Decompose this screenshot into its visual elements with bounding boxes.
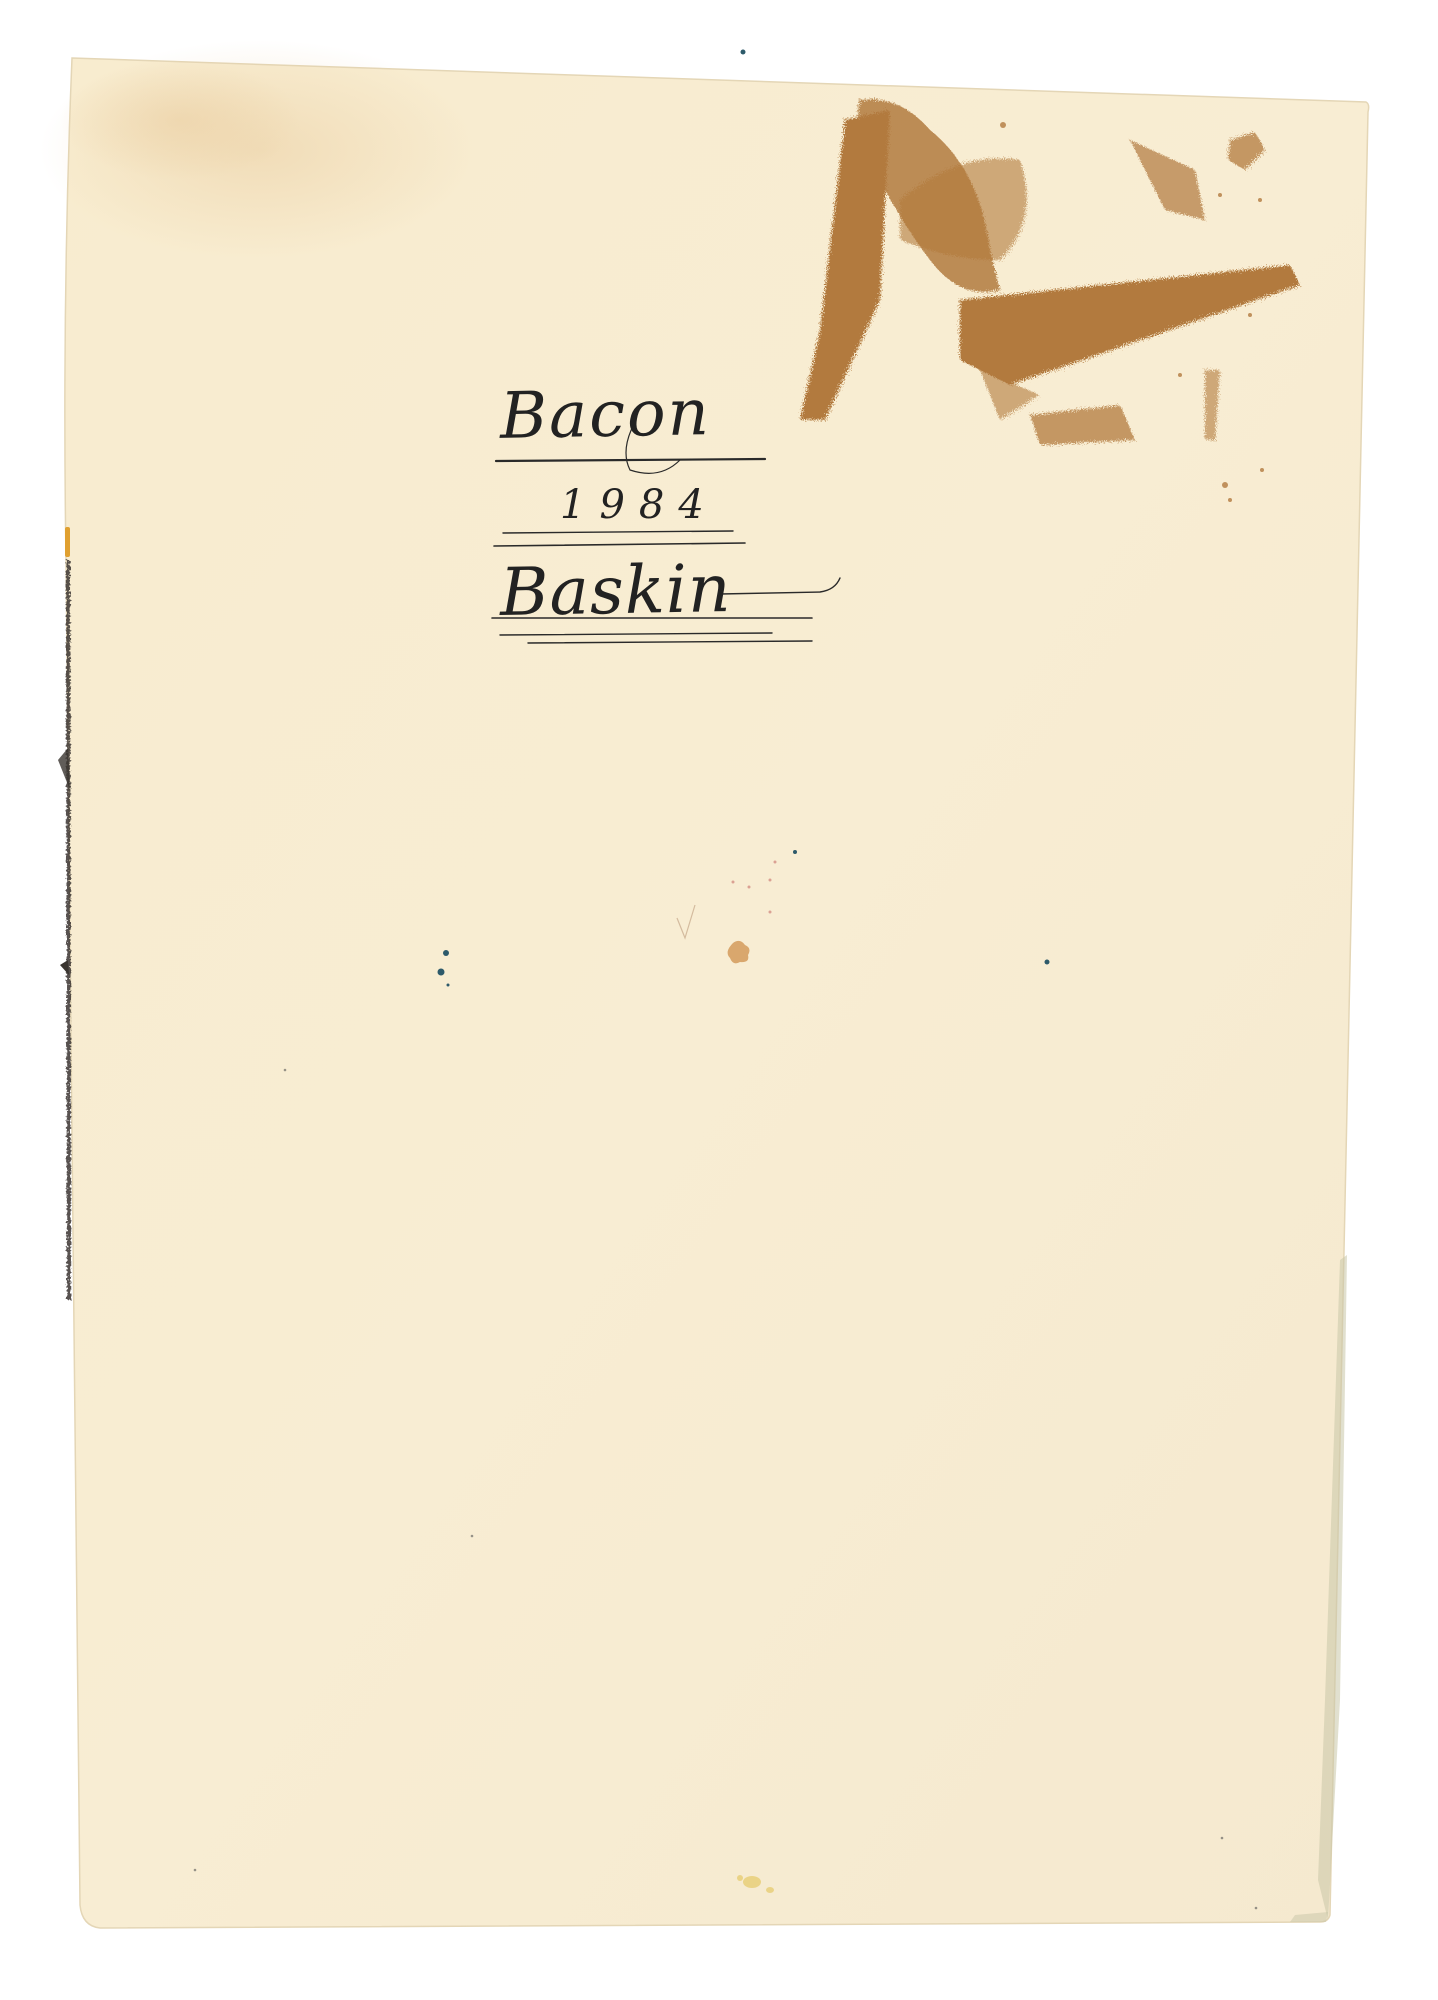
inscription-year: 1984 [560, 482, 718, 528]
paper-sheet [0, 0, 1438, 2000]
inscription-title: Bacon [499, 376, 711, 454]
inscription-artist: Baskin [499, 550, 732, 631]
left-edge-orange-mark [65, 527, 70, 557]
artwork-photo: Bacon 1984 Baskin [0, 0, 1438, 2000]
paper-body [65, 58, 1369, 1928]
